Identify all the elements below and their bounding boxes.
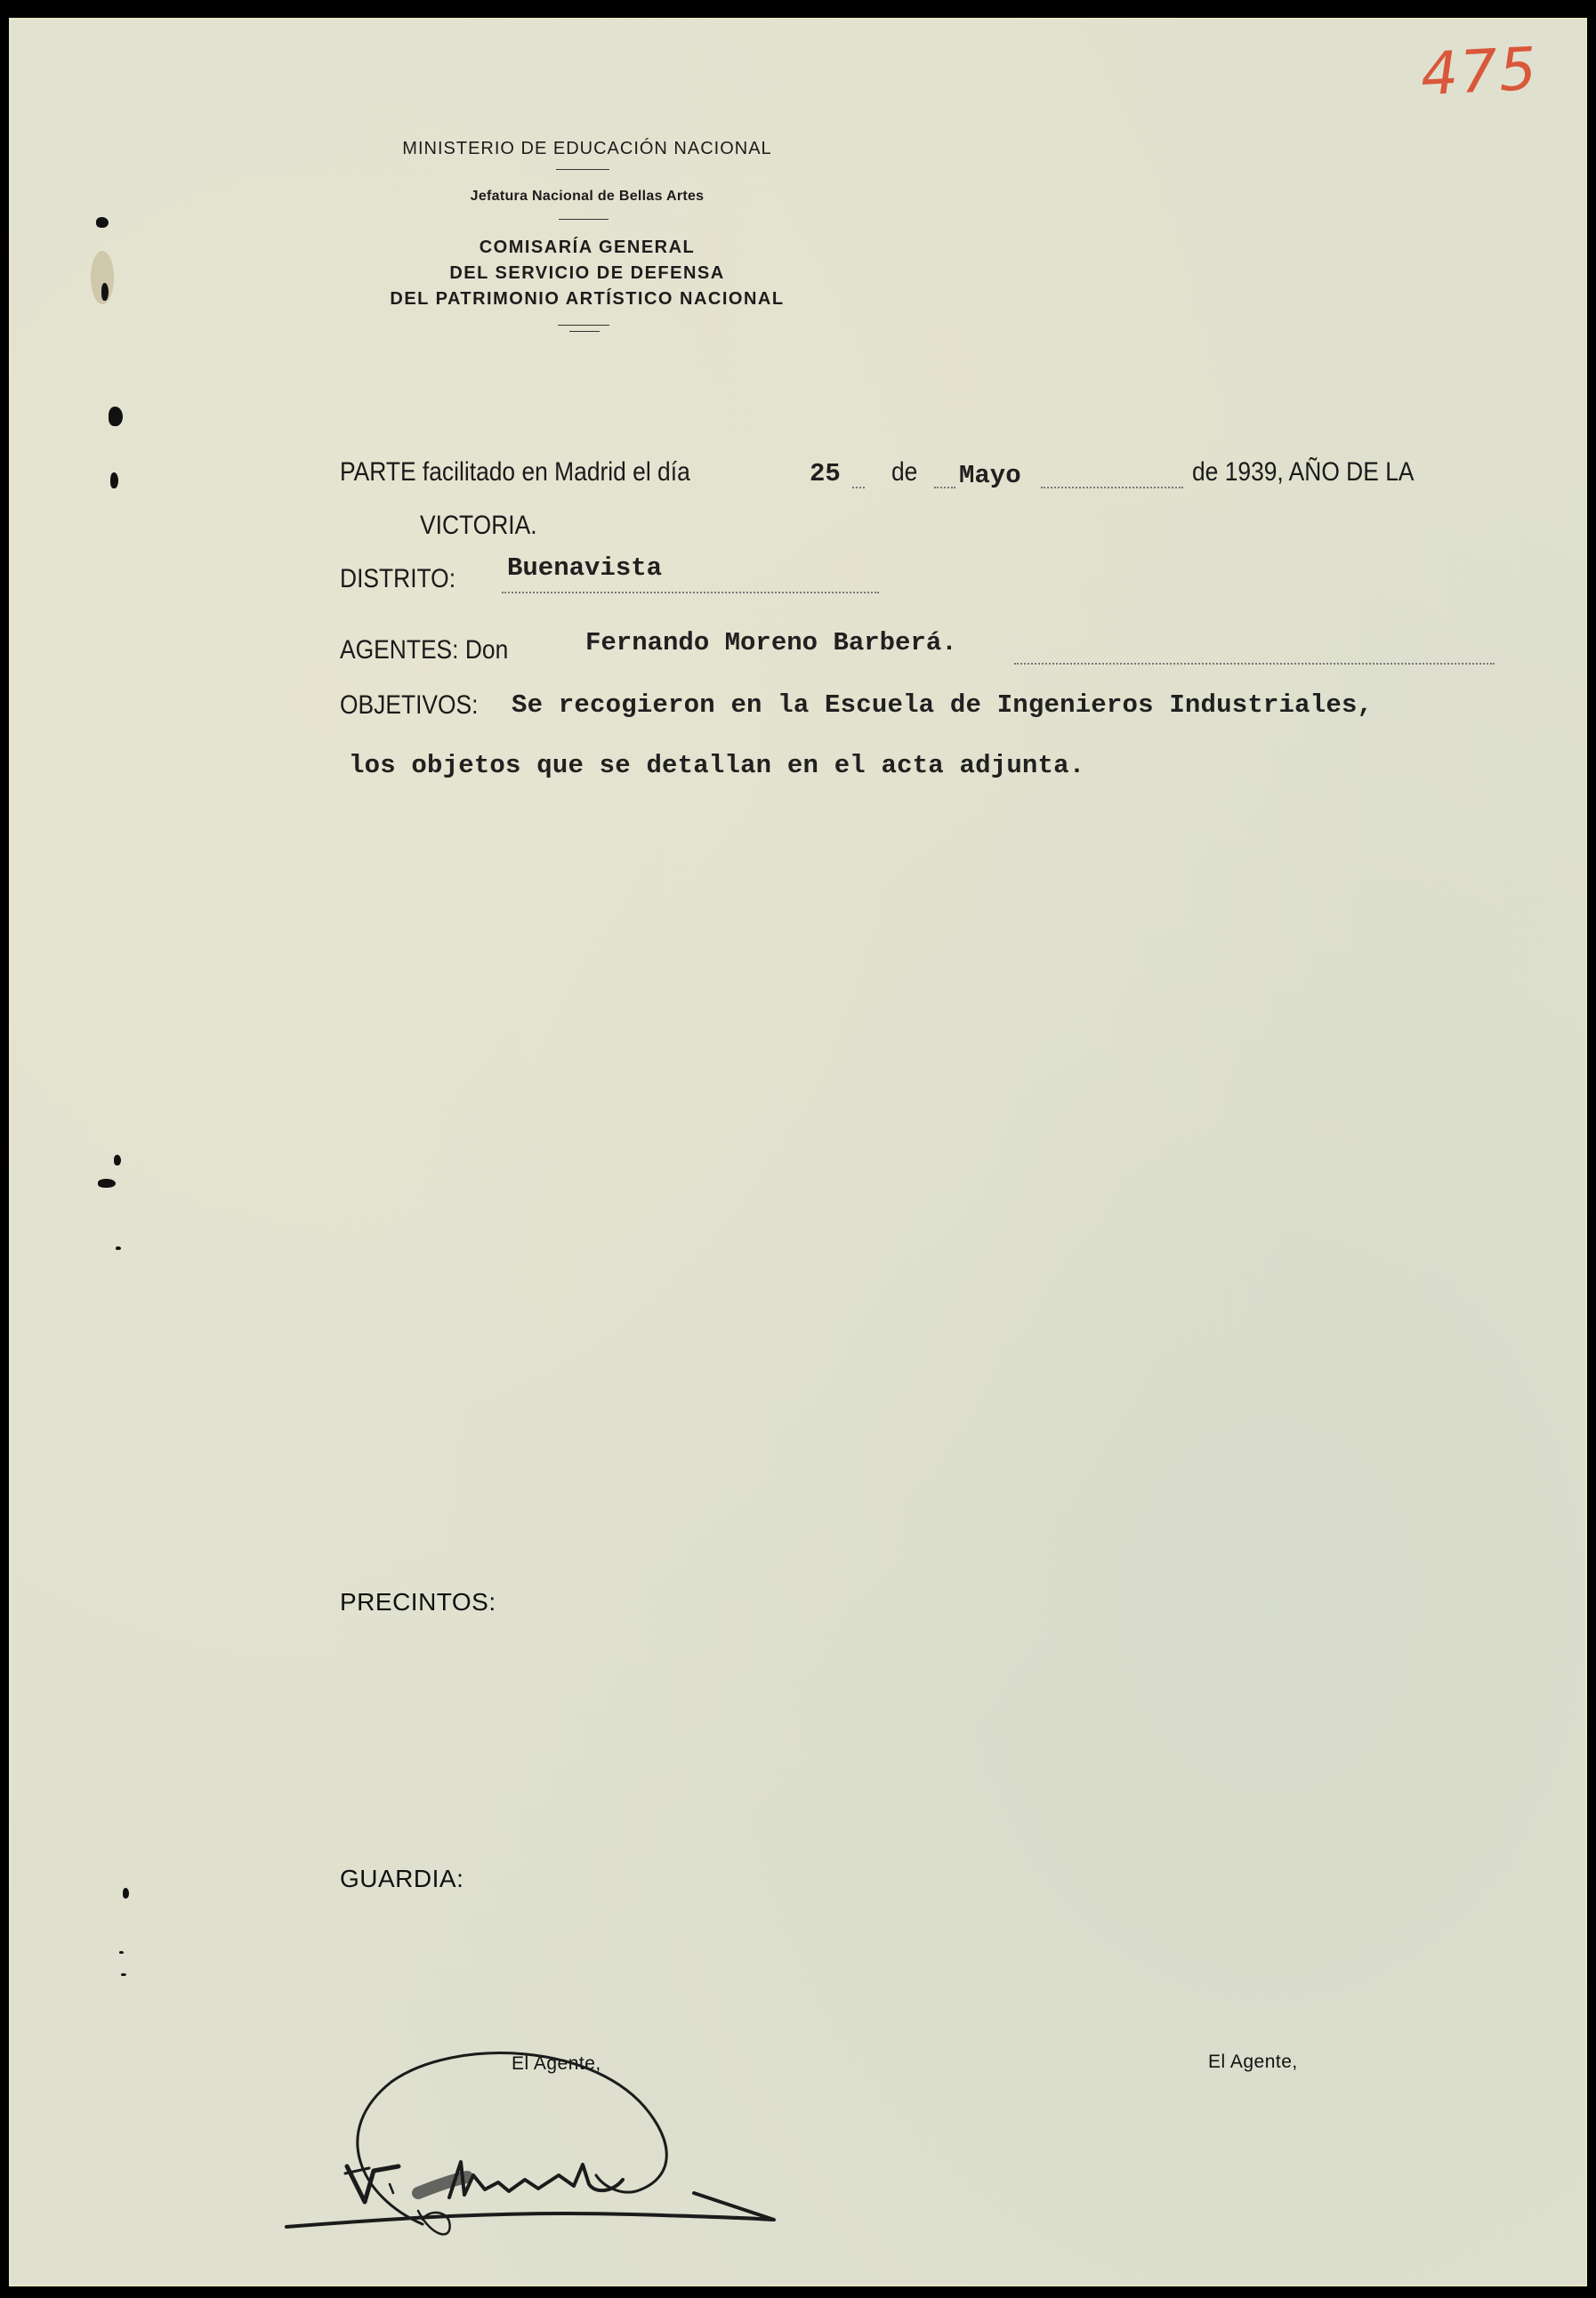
agentes-label: AGENTES: Don [340, 635, 531, 665]
month-value: Mayo [959, 461, 1021, 490]
letterhead-divider [559, 219, 609, 220]
objetivos-line-2: los objetos que se detallan en el acta a… [349, 751, 1084, 780]
letterhead-divider [569, 331, 600, 332]
document-page: 475 MINISTERIO DE EDUCACIÓN NACIONAL Jef… [9, 18, 1587, 2286]
letterhead-divider [558, 325, 609, 326]
month-dots-left [934, 486, 955, 488]
agentes-value: Fernando Moreno Barberá. [585, 628, 957, 657]
victoria-text: VICTORIA. [420, 511, 552, 541]
commission-line-1: COMISARÍA GENERAL [347, 235, 827, 261]
punch-hole [96, 217, 109, 228]
objetivos-label: OBJETIVOS: [340, 690, 497, 721]
day-dots [852, 486, 865, 488]
page-number: 475 [1419, 35, 1540, 109]
distrito-value: Buenavista [507, 553, 662, 583]
year-suffix: de 1939, AÑO DE LA [1192, 457, 1445, 488]
agentes-dots [1014, 662, 1495, 665]
punch-hole [114, 1155, 121, 1165]
commission-line-3: DEL PATRIMONIO ARTÍSTICO NACIONAL [347, 286, 827, 312]
punch-hole [121, 1973, 126, 1976]
distrito-dots [502, 591, 879, 593]
day-value: 25 [810, 459, 841, 488]
punch-hole [116, 1246, 121, 1250]
commission-line-2: DEL SERVICIO DE DEFENSA [347, 261, 827, 286]
right-agent-label: El Agente, [1208, 2052, 1298, 2073]
month-dots-right [1041, 486, 1183, 488]
punch-hole [110, 472, 118, 488]
guardia-label: GUARDIA: [340, 1865, 463, 1893]
letterhead-commission: COMISARÍA GENERAL DEL SERVICIO DE DEFENS… [347, 235, 827, 312]
punch-hole [119, 1951, 124, 1954]
parte-prefix: PARTE facilitado en Madrid el día [340, 457, 690, 488]
punch-hole [109, 407, 123, 426]
letterhead-ministry: MINISTERIO DE EDUCACIÓN NACIONAL [347, 139, 827, 159]
letterhead-department: Jefatura Nacional de Bellas Artes [347, 189, 827, 205]
punch-hole [98, 1179, 116, 1188]
distrito-label: DISTRITO: [340, 564, 472, 594]
signature-scribble [276, 2033, 952, 2246]
letterhead-divider [556, 169, 609, 170]
de-label: de [891, 457, 921, 488]
punch-hole [101, 283, 109, 301]
objetivos-line-1: Se recogieron en la Escuela de Ingeniero… [512, 690, 1373, 720]
punch-hole [123, 1888, 129, 1899]
precintos-label: PRECINTOS: [340, 1588, 496, 1617]
